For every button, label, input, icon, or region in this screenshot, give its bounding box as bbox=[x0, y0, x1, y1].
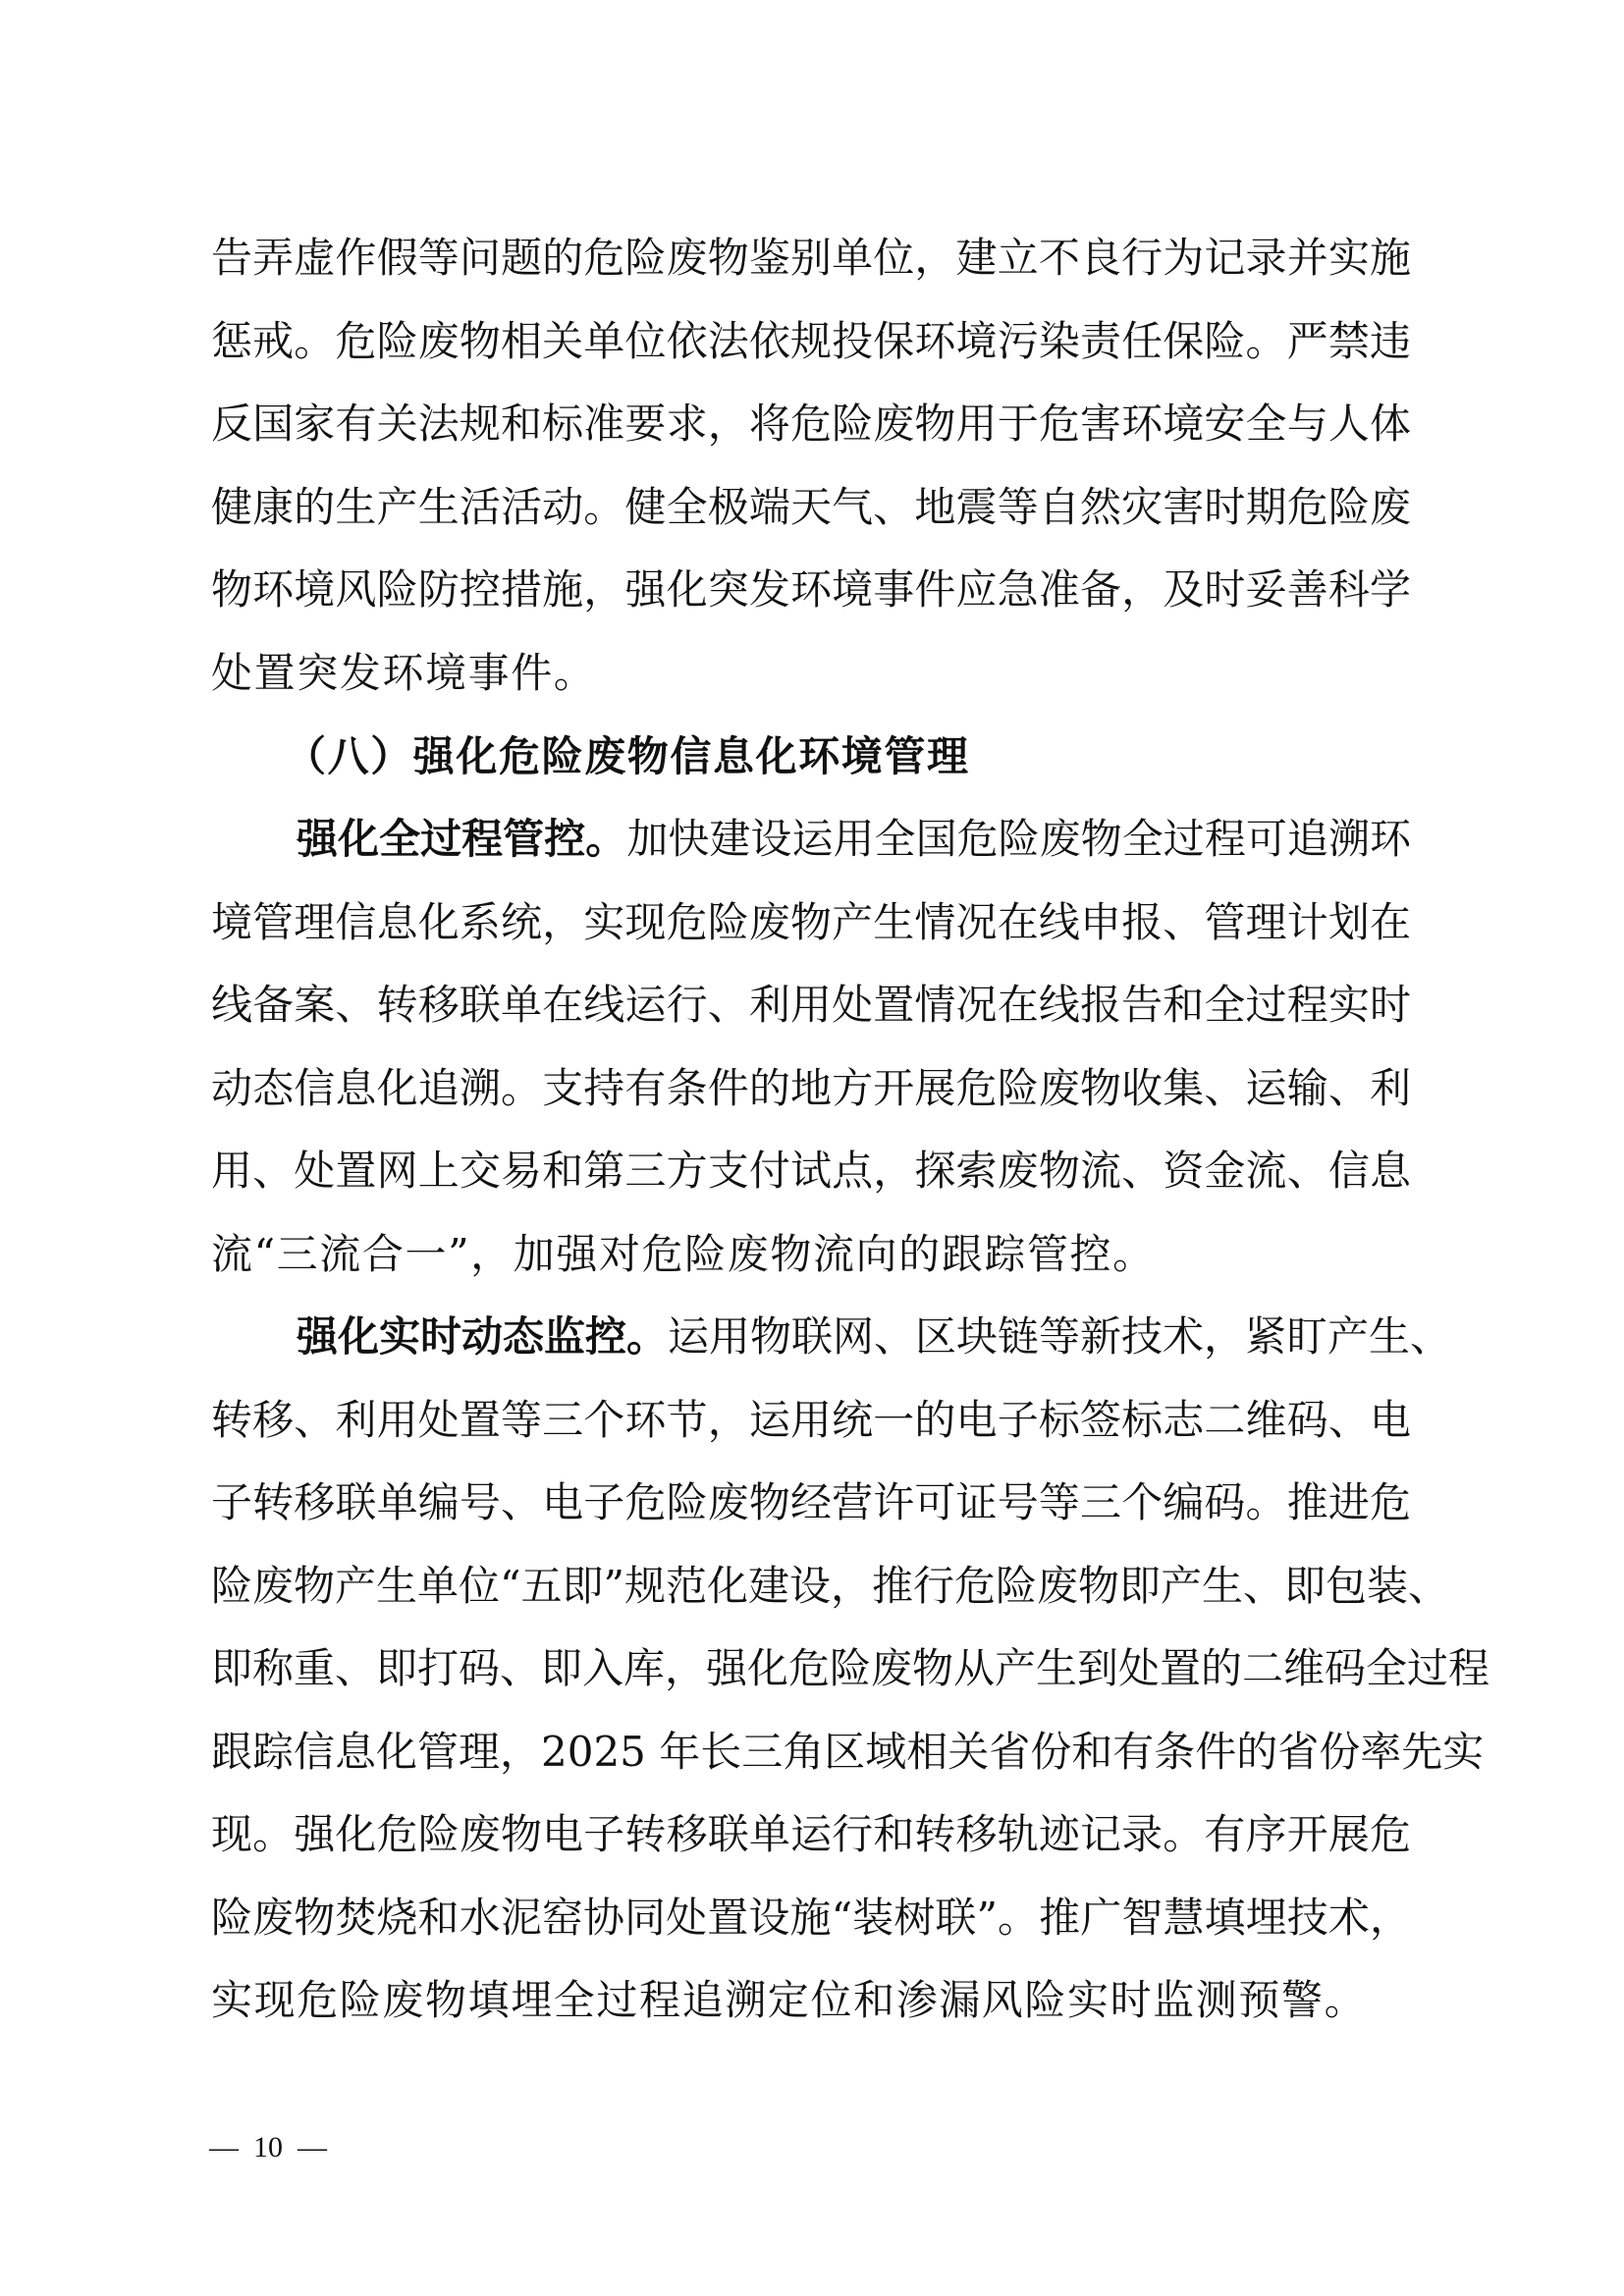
paragraph3-lead: 强化实时动态监控。 bbox=[297, 1312, 668, 1361]
paragraph2-lead: 强化全过程管控。 bbox=[297, 815, 626, 863]
paragraph1-line-3: 反国家有关法规和标准要求，将危险废物用于危害环境安全与人体 bbox=[211, 395, 1411, 454]
paragraph2-line-3: 线备案、转移联单在线运行、利用处置情况在线报告和全过程实时 bbox=[211, 976, 1411, 1035]
document-page: 告弄虚作假等问题的危险废物鉴别单位，建立不良行为记录并实施 惩戒。危险废物相关单… bbox=[0, 0, 1624, 2296]
section-heading: （八）强化危险废物信息化环境管理 bbox=[285, 727, 970, 786]
paragraph3-line-8: 险废物焚烧和水泥窑协同处置设施“装树联”。推广智慧填埋技术， bbox=[211, 1889, 1411, 1948]
paragraph2-line-6: 流“三流合一”，加强对危险废物流向的跟踪管控。 bbox=[211, 1225, 1411, 1284]
paragraph3-line-6: 跟踪信息化管理，2025 年长三角区域相关省份和有条件的省份率先实 bbox=[211, 1723, 1411, 1782]
paragraph3-line-7: 现。强化危险废物电子转移联单运行和转移轨迹记录。有序开展危 bbox=[211, 1805, 1411, 1864]
page-number: — 10 — bbox=[209, 2130, 327, 2165]
paragraph3-line-2: 转移、利用处置等三个环节，运用统一的电子标签标志二维码、电 bbox=[211, 1391, 1411, 1450]
paragraph3-line-9: 实现危险废物填埋全过程追溯定位和渗漏风险实时监测预警。 bbox=[211, 1971, 1411, 2030]
paragraph2-first-line-text: 加快建设运用全国危险废物全过程可追溯环 bbox=[626, 815, 1411, 863]
paragraph3-line-5: 即称重、即打码、即入库，强化危险废物从产生到处置的二维码全过程 bbox=[211, 1639, 1411, 1698]
paragraph1-line-5: 物环境风险防控措施，强化突发环境事件应急准备，及时妥善科学 bbox=[211, 561, 1411, 619]
paragraph1-line-4: 健康的生产生活活动。健全极端天气、地震等自然灾害时期危险废 bbox=[211, 478, 1411, 537]
paragraph2-line-5: 用、处置网上交易和第三方支付试点，探索废物流、资金流、信息 bbox=[211, 1142, 1411, 1201]
paragraph3-line-3: 子转移联单编号、电子危险废物经营许可证号等三个编码。推进危 bbox=[211, 1473, 1411, 1532]
paragraph1-line-6: 处置突发环境事件。 bbox=[211, 644, 1411, 703]
paragraph2-line-2: 境管理信息化系统，实现危险废物产生情况在线申报、管理计划在 bbox=[211, 893, 1411, 952]
paragraph3-line-4: 险废物产生单位“五即”规范化建设，推行危险废物即产生、即包装、 bbox=[211, 1557, 1411, 1616]
paragraph3-first-line-text: 运用物联网、区块链等新技术，紧盯产生、 bbox=[668, 1312, 1451, 1361]
paragraph1-line-1: 告弄虚作假等问题的危险废物鉴别单位，建立不良行为记录并实施 bbox=[211, 229, 1411, 288]
paragraph1-line-2: 惩戒。危险废物相关单位依法依规投保环境污染责任保险。严禁违 bbox=[211, 312, 1411, 371]
paragraph2-line-4: 动态信息化追溯。支持有条件的地方开展危险废物收集、运输、利 bbox=[211, 1059, 1411, 1118]
paragraph2-line-1: 强化全过程管控。加快建设运用全国危险废物全过程可追溯环 bbox=[297, 810, 1411, 869]
paragraph3-line-1: 强化实时动态监控。运用物联网、区块链等新技术，紧盯产生、 bbox=[297, 1308, 1411, 1366]
